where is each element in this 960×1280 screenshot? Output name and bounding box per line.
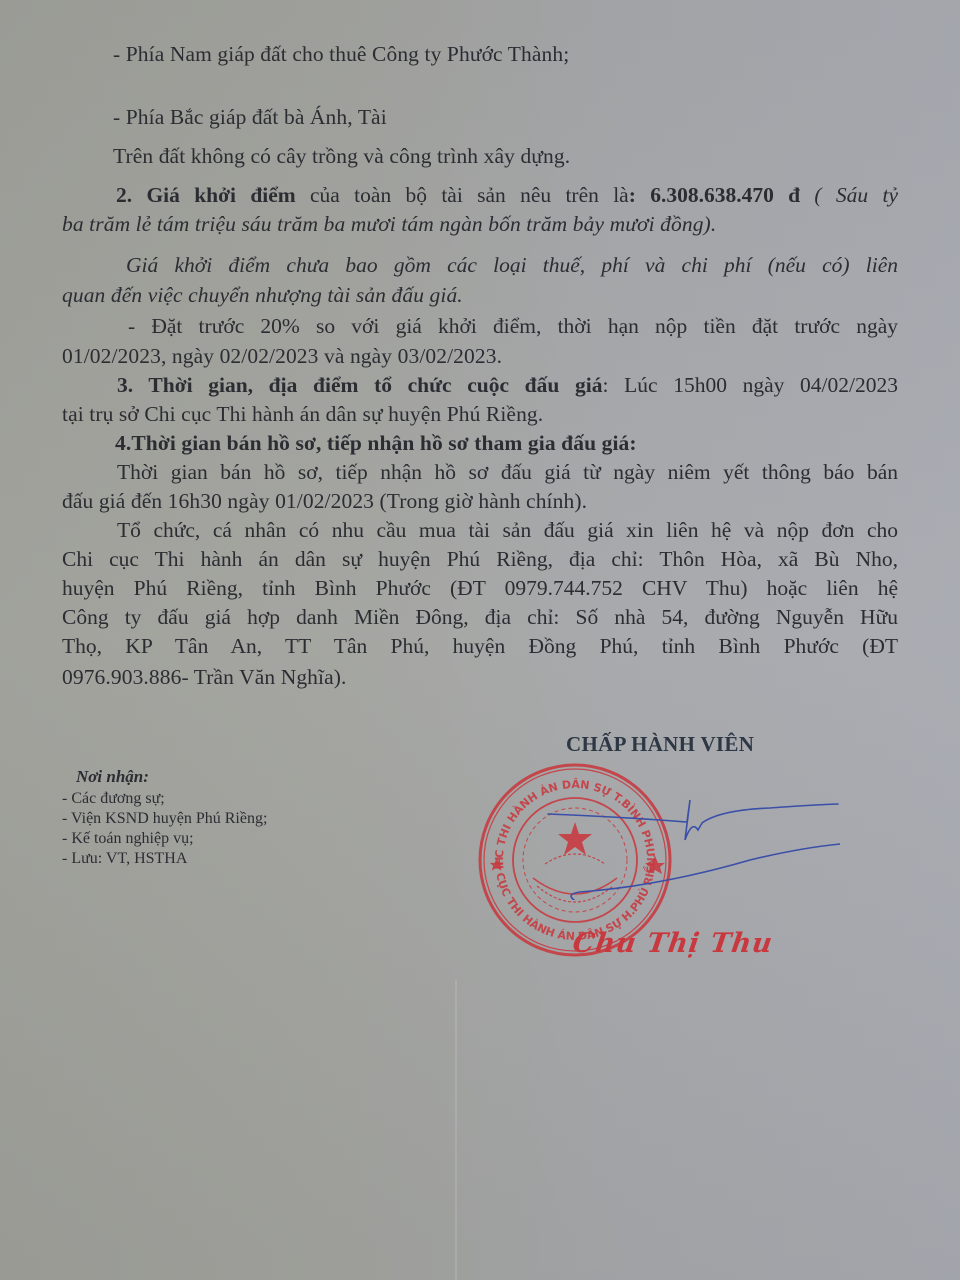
auction-time: : Lúc 15h00 ngày 04/02/2023 bbox=[602, 373, 898, 397]
contact-line5: Thọ, KP Tân An, TT Tân Phú, huyện Đồng P… bbox=[62, 636, 898, 658]
section3-heading: 3. Thời gian, địa điểm tổ chức cuộc đấu … bbox=[117, 373, 602, 397]
recipients-title: Nơi nhận: bbox=[76, 768, 267, 785]
handwritten-signature-icon bbox=[520, 790, 840, 900]
no-structures-note: Trên đất không có cây trồng và công trìn… bbox=[113, 146, 570, 168]
boundary-north: - Phía Bắc giáp đất bà Ánh, Tài bbox=[113, 107, 387, 129]
deposit-line2: 01/02/2023, ngày 02/02/2023 và ngày 03/0… bbox=[62, 346, 502, 368]
price-note-line1: Giá khởi điểm chưa bao gồm các loại thuế… bbox=[126, 255, 898, 277]
contact-line6: 0976.903.886- Trần Văn Nghĩa). bbox=[62, 667, 346, 689]
recipients-block: Nơi nhận: - Các đương sự; - Viện KSND hu… bbox=[62, 768, 267, 871]
paper-fold bbox=[455, 980, 457, 1280]
recipient-item: - Các đương sự; bbox=[62, 791, 267, 807]
boundary-south: - Phía Nam giáp đất cho thuê Công ty Phư… bbox=[113, 44, 569, 66]
deposit-line1: - Đặt trước 20% so với giá khởi điểm, th… bbox=[128, 316, 898, 338]
recipient-item: - Kế toán nghiệp vụ; bbox=[62, 831, 267, 847]
signer-title: CHẤP HÀNH VIÊN bbox=[566, 732, 754, 757]
section4-heading: 4.Thời gian bán hồ sơ, tiếp nhận hồ sơ t… bbox=[115, 433, 637, 455]
price-note-line2: quan đến việc chuyển nhượng tài sản đấu … bbox=[62, 285, 463, 307]
contact-line2: Chi cục Thi hành án dân sự huyện Phú Riề… bbox=[62, 549, 898, 571]
signer-name: Chu Thị Thu bbox=[571, 928, 775, 959]
section4-line1: Thời gian bán hồ sơ, tiếp nhận hồ sơ đấu… bbox=[117, 462, 898, 484]
section2-line1: 2. Giá khởi điểm của toàn bộ tài sản nêu… bbox=[72, 185, 898, 207]
section3-line1: 3. Thời gian, địa điểm tổ chức cuộc đấu … bbox=[117, 375, 898, 397]
price-in-words: ba trăm lẻ tám triệu sáu trăm ba mươi tá… bbox=[62, 214, 716, 236]
contact-line4: Công ty đấu giá hợp danh Miền Đông, địa … bbox=[62, 607, 898, 629]
contact-line1: Tổ chức, cá nhân có nhu cầu mua tài sản … bbox=[117, 520, 898, 542]
section4-line2: đấu giá đến 16h30 ngày 01/02/2023 (Trong… bbox=[62, 491, 587, 513]
auction-location: tại trụ sở Chi cục Thi hành án dân sự hu… bbox=[62, 404, 543, 426]
contact-line3: huyện Phú Riềng, tỉnh Bình Phước (ĐT 097… bbox=[62, 578, 898, 600]
recipient-item: - Viện KSND huyện Phú Riềng; bbox=[62, 811, 267, 827]
section2-heading: 2. Giá khởi điểm bbox=[116, 183, 296, 207]
section2-text: của toàn bộ tài sản nêu trên là bbox=[296, 183, 629, 207]
recipient-item: - Lưu: VT, HSTHA bbox=[62, 851, 267, 867]
starting-price: : 6.308.638.470 đ bbox=[629, 183, 800, 207]
price-in-words-start: ( Sáu tỷ bbox=[800, 183, 898, 207]
